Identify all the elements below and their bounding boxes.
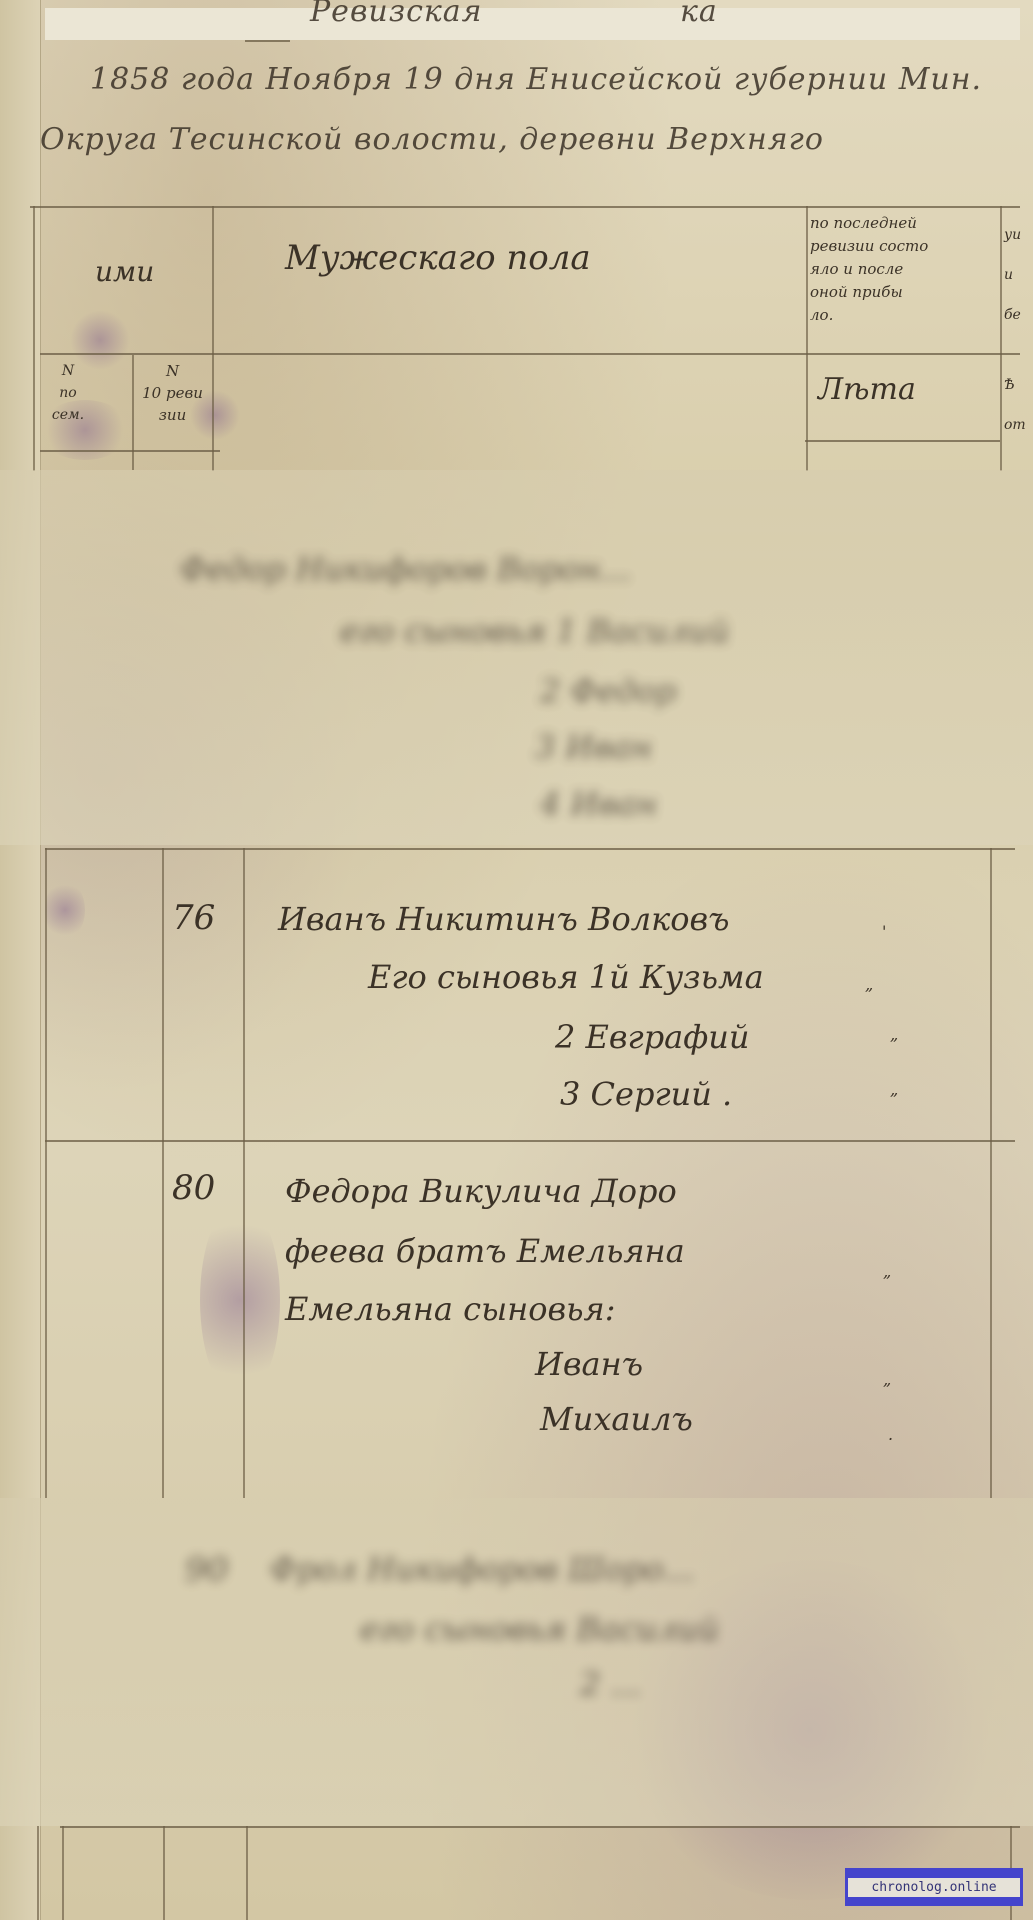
column-line [162,848,164,1498]
column-line [33,206,35,471]
entry-line: Иванъ [535,1345,643,1383]
document-scan: Ревизская ка 1858 года Ноября 19 дня Ени… [0,0,1033,1920]
ditto-mark: „ [890,1025,898,1044]
entry-line: Федора Викулича Доро [285,1172,677,1210]
subheader-line: зии [135,404,210,426]
entry-number: 76 [172,898,215,938]
header-line-1: 1858 года Ноября 19 дня Енисейской губер… [90,62,982,97]
row-top-border [45,848,1015,850]
fragment: бе [1004,295,1021,335]
watermark-text: chronolog.online [848,1878,1020,1897]
row-divider [60,1826,1020,1828]
entry-number: 80 [172,1168,215,1208]
paper-strip [45,8,1020,40]
entry-line: Емельяна сыновья: [285,1290,615,1328]
fragment: уи [1004,215,1021,255]
col-header-main: Мужескаго пола [285,238,591,278]
entry-line: феева братъ Емельяна [285,1232,685,1270]
ditto-mark: ' [882,922,886,941]
col-header-right-line: ревизии состо [810,235,928,258]
fragment: и [1004,255,1021,295]
column-line [990,848,992,1498]
subheader-divider [40,450,220,452]
entry-line: Иванъ Никитинъ Волковъ [278,900,729,938]
subheader-line: 10 реви [135,382,210,404]
col-header-far-right: уи и бе [1004,215,1021,335]
fragment: от [1004,405,1026,445]
ink-stain [45,880,85,940]
subheader-line: по [48,382,88,404]
col-header-right-line: по последней [810,212,928,235]
subheader-line: N [48,360,88,382]
row-divider [45,1140,1015,1142]
column-line [37,1826,39,1920]
subheader-col2: N 10 реви зии [135,360,210,426]
ditto-mark: „ [865,975,873,994]
table-top-border [30,206,1020,208]
title-top: Ревизская [310,0,483,29]
column-line [806,206,808,471]
ink-stain [200,1200,280,1400]
entry-line: Его сыновья 1й Кузьма [368,958,764,996]
col-header-right-line: оной прибы [810,281,928,304]
column-line [163,1826,165,1920]
column-line [62,1826,64,1920]
title-underline [245,40,290,42]
entry-line: 3 Иван [535,728,652,766]
column-line [246,1826,248,1920]
entry-line: 2 Федор [540,672,676,710]
ditto-mark: . [888,1425,893,1444]
ditto-mark: „ [883,1370,891,1389]
ditto-mark: „ [883,1262,891,1281]
col-header-fragment: ими [95,255,154,288]
blurred-region [0,470,1033,845]
entry-line: Михаилъ [540,1400,693,1438]
watermark-badge: chronolog.online [845,1868,1023,1906]
entry-number: 90 [185,1550,228,1590]
column-line [243,848,245,1498]
subheader-line: N [135,360,210,382]
header-divider [40,353,1020,355]
subheader-col1: N по сем. [48,360,88,426]
entry-line: 2 ... [580,1665,641,1703]
entry-line: Фрол Никифоров Шоро... [270,1550,694,1588]
col-header-right-line: яло и после [810,258,928,281]
column-line [45,848,47,1498]
ditto-mark: „ [890,1080,898,1099]
entry-line: 4 Иван [540,785,657,823]
entry-line: Федор Никифоров Ворон... [180,550,631,588]
blurred-region [0,1498,1033,1826]
subheader-far-right: Ѣ от [1004,365,1026,445]
header-line-2: Округа Тесинской волости, деревни Верхня… [40,122,824,157]
col-header-right-line: ло. [810,304,928,327]
column-line [132,355,134,470]
column-line [212,206,214,471]
subheader-line: сем. [48,404,88,426]
entry-line: его сыновья 1 Василий [340,612,730,650]
fragment: Ѣ [1004,365,1026,405]
col-header-right: по последней ревизии состо яло и после о… [810,212,928,327]
column-line [1000,206,1002,471]
entry-line: его сыновья Василий [360,1610,719,1648]
subheader-years: Лѣта [818,372,916,407]
title-top-suffix: ка [680,0,718,29]
subheader-divider-right [805,440,1000,442]
entry-line: 3 Сергий . [560,1075,732,1113]
entry-line: 2 Евграфий [555,1018,750,1056]
